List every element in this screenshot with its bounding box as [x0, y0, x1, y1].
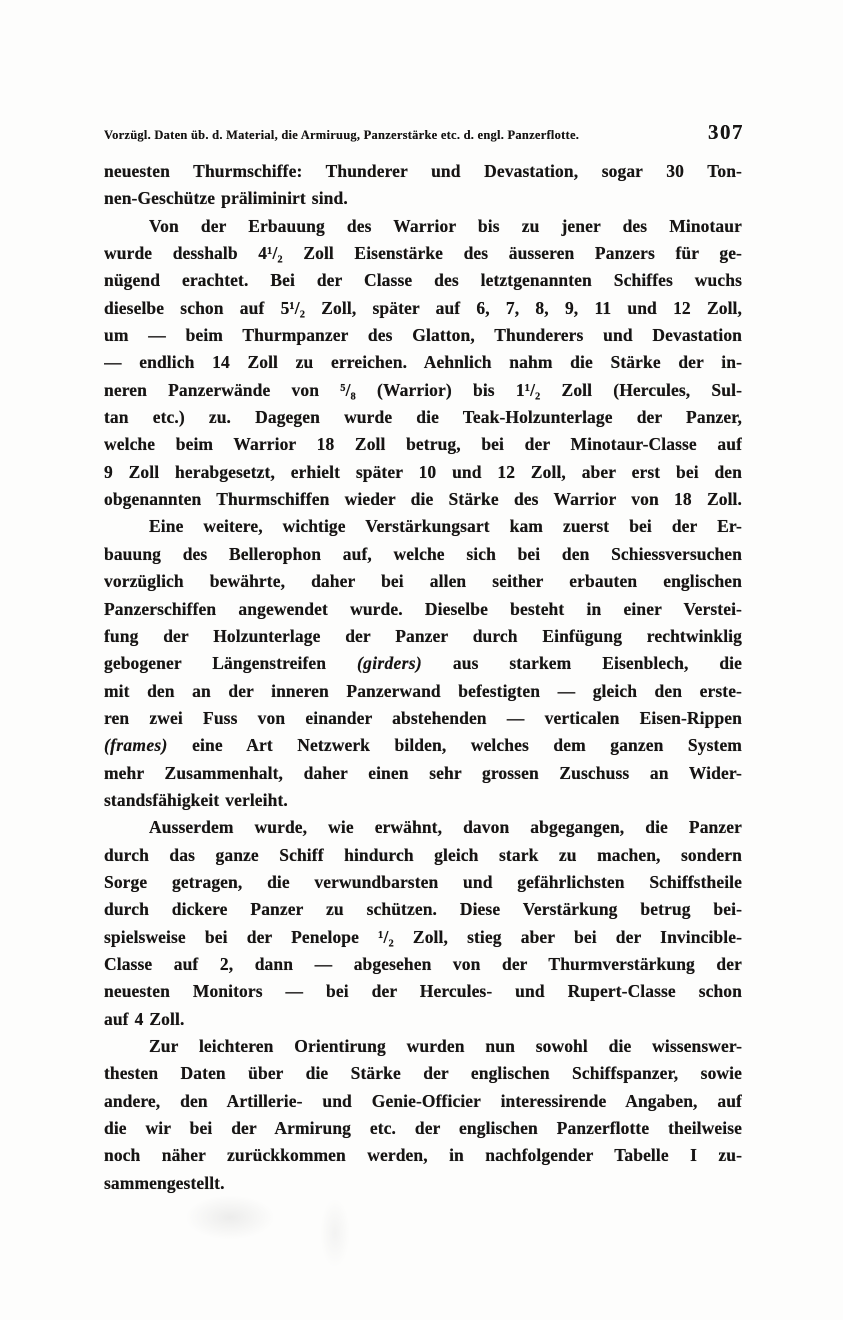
text-line: ren zwei Fuss von einander abstehenden —…: [104, 705, 742, 732]
paragraph: Von der Erbauung des Warrior bis zu jene…: [104, 213, 742, 514]
text-line: neren Panzerwände von ⁵/₈ (Warrior) bis …: [104, 377, 742, 404]
page-number: 307: [708, 120, 744, 145]
text-line: Von der Erbauung des Warrior bis zu jene…: [104, 213, 742, 240]
paragraph: Eine weitere, wichtige Verstärkungsart k…: [104, 513, 742, 814]
text-line: sammengestellt.: [104, 1170, 742, 1197]
text-line: fung der Holzunterlage der Panzer durch …: [104, 623, 742, 650]
text-line: Zur leichteren Orientirung wurden nun so…: [104, 1033, 742, 1060]
text-line: andere, den Artillerie- und Genie-Offici…: [104, 1088, 742, 1115]
scan-smudge: [185, 1195, 275, 1240]
text-block: neuesten Thurmschiffe: Thunderer und Dev…: [104, 158, 742, 1197]
text-line: Ausserdem wurde, wie erwähnt, davon abge…: [104, 814, 742, 841]
text-line: — endlich 14 Zoll zu erreichen. Aehnlich…: [104, 349, 742, 376]
text-line: gebogener Längenstreifen (girders) aus s…: [104, 650, 742, 677]
text-line: vorzüglich bewährte, daher bei allen sei…: [104, 568, 742, 595]
text-line: obgenannten Thurmschiffen wieder die Stä…: [104, 486, 742, 513]
text-line: (frames) eine Art Netzwerk bilden, welch…: [104, 732, 742, 759]
text-line: neuesten Monitors — bei der Hercules- un…: [104, 978, 742, 1005]
text-line: 9 Zoll herabgesetzt, erhielt später 10 u…: [104, 459, 742, 486]
text-line: die wir bei der Armirung etc. der englis…: [104, 1115, 742, 1142]
running-title: Vorzügl. Daten üb. d. Material, die Armi…: [104, 128, 579, 143]
text-line: auf 4 Zoll.: [104, 1006, 742, 1033]
scan-smudge: [320, 1198, 350, 1268]
text-line: spielsweise bei der Penelope ¹/₂ Zoll, s…: [104, 924, 742, 951]
text-line: dieselbe schon auf 5¹/₂ Zoll, später auf…: [104, 295, 742, 322]
text-line: durch das ganze Schiff hindurch gleich s…: [104, 842, 742, 869]
page-header: Vorzügl. Daten üb. d. Material, die Armi…: [104, 120, 744, 145]
text-line: nen-Geschütze präliminirt sind.: [104, 185, 742, 212]
text-line: tan etc.) zu. Dagegen wurde die Teak-Hol…: [104, 404, 742, 431]
text-line: welche beim Warrior 18 Zoll betrug, bei …: [104, 431, 742, 458]
text-line: durch dickere Panzer zu schützen. Diese …: [104, 896, 742, 923]
text-line: nügend erachtet. Bei der Classe des letz…: [104, 267, 742, 294]
text-line: um — beim Thurmpanzer des Glatton, Thund…: [104, 322, 742, 349]
text-line: mehr Zusammenhalt, daher einen sehr gros…: [104, 760, 742, 787]
text-line: thesten Daten über die Stärke der englis…: [104, 1060, 742, 1087]
paragraph: neuesten Thurmschiffe: Thunderer und Dev…: [104, 158, 742, 213]
text-line: mit den an der inneren Panzerwand befest…: [104, 678, 742, 705]
text-line: standsfähigkeit verleiht.: [104, 787, 742, 814]
text-line: Panzerschiffen angewendet wurde. Dieselb…: [104, 596, 742, 623]
text-line: wurde desshalb 4¹/₂ Zoll Eisenstärke des…: [104, 240, 742, 267]
text-line: Sorge getragen, die verwundbarsten und g…: [104, 869, 742, 896]
paragraph: Ausserdem wurde, wie erwähnt, davon abge…: [104, 814, 742, 1033]
text-line: bauung des Bellerophon auf, welche sich …: [104, 541, 742, 568]
text-line: noch näher zurückkommen werden, in nachf…: [104, 1142, 742, 1169]
text-line: Eine weitere, wichtige Verstärkungsart k…: [104, 513, 742, 540]
text-line: neuesten Thurmschiffe: Thunderer und Dev…: [104, 158, 742, 185]
paragraph: Zur leichteren Orientirung wurden nun so…: [104, 1033, 742, 1197]
text-line: Classe auf 2, dann — abgesehen von der T…: [104, 951, 742, 978]
book-page: Vorzügl. Daten üb. d. Material, die Armi…: [0, 0, 843, 1320]
